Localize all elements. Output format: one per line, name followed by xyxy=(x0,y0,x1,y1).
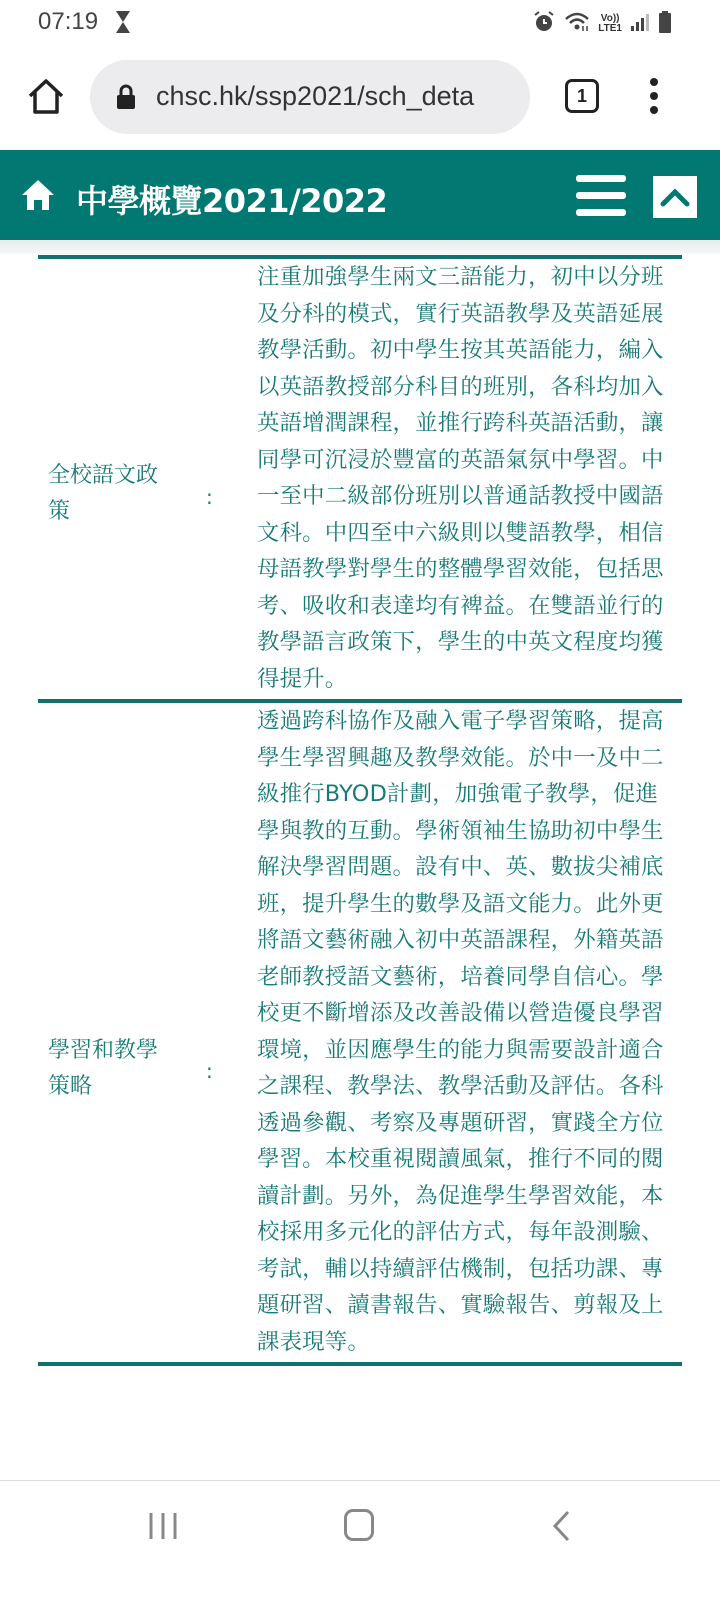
system-home-button[interactable] xyxy=(344,1509,374,1541)
browser-menu-button[interactable] xyxy=(648,78,660,118)
hamburger-menu-button[interactable] xyxy=(576,175,628,219)
menu-dot xyxy=(650,106,658,114)
signal-icon xyxy=(630,12,650,36)
page-title: 中學概覽2021/2022 xyxy=(76,176,387,222)
status-icons: Vo)) LTE1 xyxy=(532,10,672,38)
site-home-icon[interactable] xyxy=(20,178,56,216)
url-text[interactable]: chsc.hk/ssp2021/sch_deta xyxy=(156,81,516,112)
tab-switcher-button[interactable]: 1 xyxy=(565,79,599,113)
row-label: 學習和教學策略 xyxy=(48,1033,158,1105)
lock-icon xyxy=(116,84,136,114)
browser-home-button[interactable] xyxy=(26,76,66,116)
battery-icon xyxy=(658,10,672,38)
status-bar: 07:19 Vo)) LTE1 xyxy=(0,0,720,46)
row-value: 透過跨科協作及融入電子學習策略，提高學生學習興趣及教學效能。於中一及中二級推行B… xyxy=(257,703,677,1362)
browser-toolbar: chsc.hk/ssp2021/sch_deta 1 xyxy=(0,46,720,148)
site-header: 中學概覽2021/2022 xyxy=(0,150,720,240)
chevron-up-icon xyxy=(653,176,697,218)
recent-apps-button[interactable] xyxy=(148,1511,178,1545)
row-value: 注重加強學生兩文三語能力，初中以分班及分科的模式，實行英語教學及英語延展教學活動… xyxy=(257,259,677,699)
address-bar[interactable]: chsc.hk/ssp2021/sch_deta xyxy=(90,60,530,134)
hamburger-line xyxy=(576,209,626,216)
info-row-learning-teaching-strategy: 學習和教學策略 : 透過跨科協作及融入電子學習策略，提高學生學習興趣及教學效能。… xyxy=(38,699,682,1362)
back-button[interactable] xyxy=(550,1509,572,1547)
row-colon: : xyxy=(206,1059,213,1083)
menu-dot xyxy=(650,78,658,86)
wifi-icon xyxy=(564,11,590,37)
school-info-table: 全校語文政策 : 注重加強學生兩文三語能力，初中以分班及分科的模式，實行英語教學… xyxy=(0,255,720,1366)
header-shadow xyxy=(0,240,720,254)
system-nav-bar xyxy=(0,1480,720,1600)
nfc-icon xyxy=(114,10,132,38)
lte-label: LTE1 xyxy=(598,23,622,34)
hamburger-line xyxy=(576,192,626,199)
scroll-to-top-button[interactable] xyxy=(653,176,697,218)
row-label: 全校語文政策 xyxy=(48,458,158,530)
alarm-icon xyxy=(532,10,556,38)
menu-dot xyxy=(650,92,658,100)
status-time: 07:19 xyxy=(38,8,98,36)
info-row-language-policy: 全校語文政策 : 注重加強學生兩文三語能力，初中以分班及分科的模式，實行英語教學… xyxy=(38,255,682,699)
table-divider xyxy=(38,1362,682,1366)
hamburger-line xyxy=(576,175,626,182)
row-colon: : xyxy=(206,485,213,509)
network-type: Vo)) LTE1 xyxy=(598,14,622,34)
